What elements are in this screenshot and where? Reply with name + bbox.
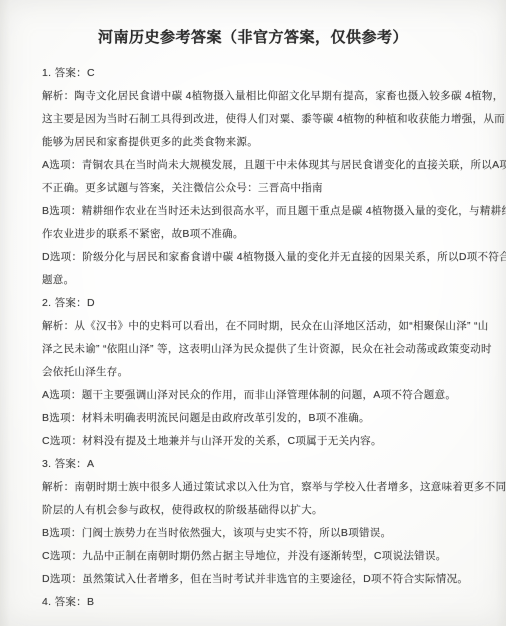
document-page: 河南历史参考答案（非官方答案，仅供参考） 1. 答案：C解析：陶寺文化居民食谱中…: [0, 0, 506, 626]
text-line: 泽之民未谕” “依阻山泽” 等，这表明山泽为民众提供了生计资源，民众在社会动荡或…: [42, 338, 498, 361]
text-line: 解析：陶寺文化居民食谱中碳 4植物摄入量相比仰韶文化早期有提高，家畜也摄入较多碳…: [42, 85, 498, 108]
text-line: B选项：材料未明确表明流民问题是由政府改革引发的，B项不准确。: [42, 407, 498, 430]
text-line: C选项：九品中正制在南朝时期仍然占据主导地位，并没有逐渐转型，C项说法错误。: [42, 545, 498, 568]
text-line: 能够为居民和家畜提供更多的此类食物来源。: [42, 131, 498, 154]
text-line: 会依托山泽生存。: [42, 361, 498, 384]
text-line: 1. 答案：C: [42, 62, 498, 85]
text-line: D选项：阶级分化与居民和家畜食谱中碳 4植物摄入量的变化并无直接的因果关系，所以…: [42, 246, 498, 269]
text-line: 2. 答案：D: [42, 292, 498, 315]
text-line: B选项：门阀士族势力在当时依然强大，该项与史实不符，所以B项错误。: [42, 522, 498, 545]
text-line: A选项：青铜农具在当时尚未大规模发展，且题干中未体现其与居民食谱变化的直接关联，…: [42, 154, 498, 177]
document-body: 1. 答案：C解析：陶寺文化居民食谱中碳 4植物摄入量相比仰韶文化早期有提高，家…: [42, 62, 498, 614]
text-line: C选项：材料没有提及土地兼并与山泽开发的关系，C项属于无关内容。: [42, 430, 498, 453]
text-line: A选项：题干主要强调山泽对民众的作用，而非山泽管理体制的问题，A项不符合题意。: [42, 384, 498, 407]
text-line: 4. 答案：B: [42, 591, 498, 614]
text-line: 这主要是因为当时石制工具得到改进，使得人们对粟、黍等碳 4植物的种植和收获能力增…: [42, 108, 498, 131]
text-line: 题意。: [42, 269, 498, 292]
text-line: 解析：从《汉书》中的史料可以看出，在不同时期，民众在山泽地区活动，如“相聚保山泽…: [42, 315, 498, 338]
text-line: D选项：虽然策试入仕者增多，但在当时考试并非选官的主要途径，D项不符合实际情况。: [42, 568, 498, 591]
document-title: 河南历史参考答案（非官方答案，仅供参考）: [0, 26, 506, 47]
text-line: 作农业进步的联系不紧密，故B项不准确。: [42, 223, 498, 246]
text-line: B选项：精耕细作农业在当时还未达到很高水平，而且题干重点是碳 4植物摄入量的变化…: [42, 200, 498, 223]
text-line: 3. 答案：A: [42, 453, 498, 476]
text-line: 解析：南朝时期士族中很多人通过策试求以入仕为官，察举与学校入仕者增多，这意味着更…: [42, 476, 498, 499]
text-line: 不正确。更多试题与答案，关注微信公众号：三晋高中指南: [42, 177, 498, 200]
text-line: 阶层的人有机会参与政权，使得政权的阶级基础得以扩大。: [42, 499, 498, 522]
